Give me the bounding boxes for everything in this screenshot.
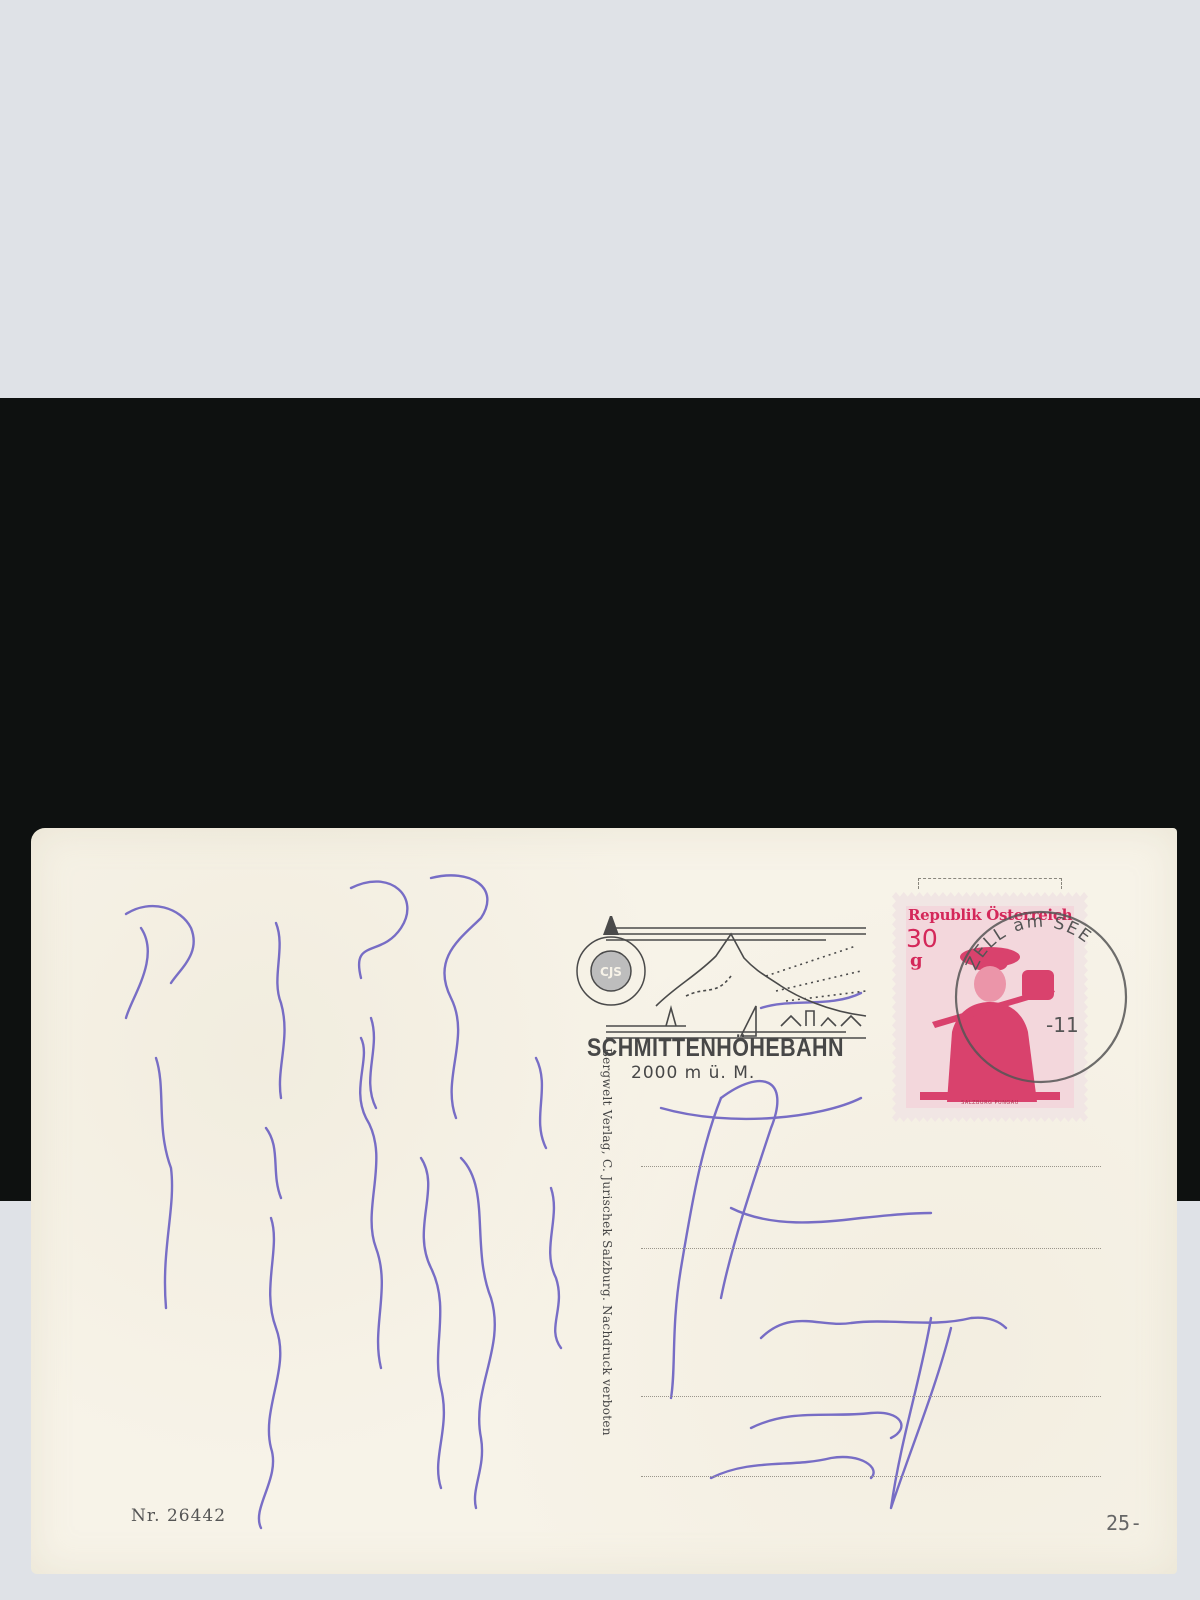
catalogue-number: Nr. 26442 xyxy=(131,1506,226,1526)
postcard: Bergwelt Verlag, C. Jurischek Salzburg. … xyxy=(31,828,1177,1574)
stamp-unit: g xyxy=(910,950,923,971)
svg-text:ZELL am SEE: ZELL am SEE xyxy=(962,912,1096,974)
cancellation-title: SCHMITTENHÖHEBAHN xyxy=(587,1034,844,1063)
stamp-placement-box xyxy=(918,878,1062,889)
address-line: Frau xyxy=(31,828,32,829)
logo-initials: CJS xyxy=(600,965,622,979)
address-line-4 xyxy=(641,1476,1101,1477)
postmark-town: ZELL am SEE xyxy=(962,912,1096,974)
postmark-date: -11 xyxy=(1046,1013,1079,1037)
stamp-value: 30 xyxy=(906,924,938,953)
message-line: Liebe Linde xyxy=(31,828,32,829)
address-line-3 xyxy=(641,1396,1101,1397)
publisher-line: Bergwelt Verlag, C. Jurischek Salzburg. … xyxy=(600,1048,614,1436)
postmark-circle: ZELL am SEE -11 xyxy=(936,892,1146,1102)
address-line-2 xyxy=(641,1248,1101,1249)
cancellation-altitude: 2000 m ü. M. xyxy=(631,1063,755,1083)
address-line-1 xyxy=(641,1166,1101,1167)
price-mark: 25- xyxy=(1106,1511,1142,1535)
message-transcript: Liebe Linde Herzlich Grüße sendet Dir Ja… xyxy=(31,828,32,829)
scan-frame: Bergwelt Verlag, C. Jurischek Salzburg. … xyxy=(0,398,1200,1201)
address-transcript: Frau Johanna Mackinger Salzburg Pleinstr… xyxy=(31,828,32,829)
